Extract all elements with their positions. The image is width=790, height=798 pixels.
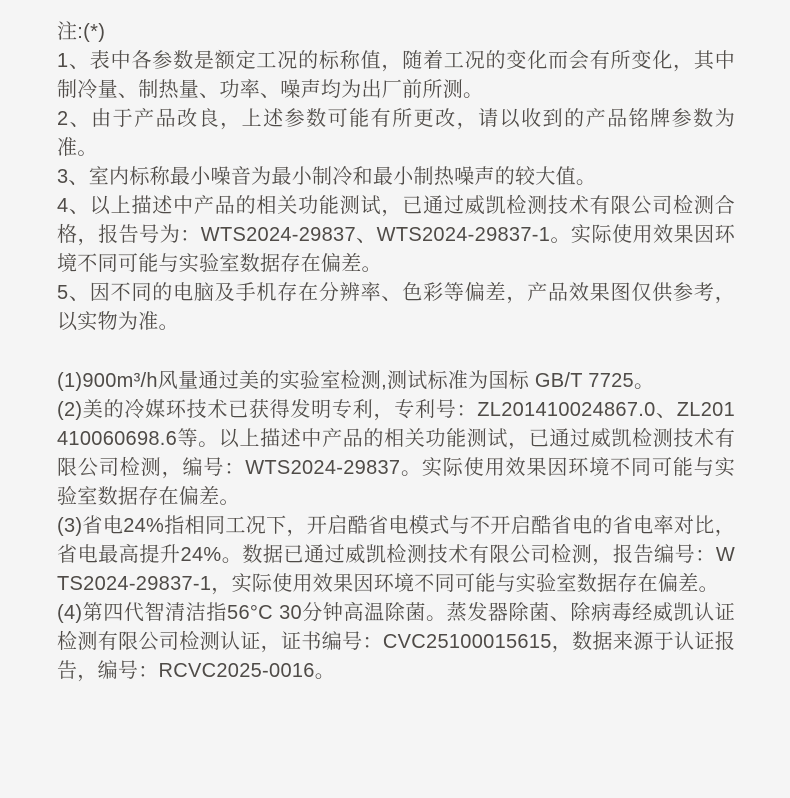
note-item-2: 2、由于产品改良，上述参数可能有所更改，请以收到的产品铭牌参数为准。 bbox=[57, 105, 735, 163]
footnote-item-1: (1)900m³/h风量通过美的实验室检测,测试标准为国标 GB/T 7725。 bbox=[57, 367, 735, 396]
note-item-3: 3、室内标称最小噪音为最小制冷和最小制热噪声的较大值。 bbox=[57, 163, 735, 192]
notes-section: 注:(*) 1、表中各参数是额定工况的标称值，随着工况的变化而会有所变化，其中制… bbox=[57, 18, 735, 337]
footnotes-section: (1)900m³/h风量通过美的实验室检测,测试标准为国标 GB/T 7725。… bbox=[57, 367, 735, 686]
product-notes-page: 注:(*) 1、表中各参数是额定工况的标称值，随着工况的变化而会有所变化，其中制… bbox=[0, 0, 790, 798]
notes-header: 注:(*) bbox=[57, 18, 735, 47]
footnote-item-3: (3)省电24%指相同工况下，开启酷省电模式与不开启酷省电的省电率对比，省电最高… bbox=[57, 512, 735, 599]
note-item-5: 5、因不同的电脑及手机存在分辨率、色彩等偏差，产品效果图仅供参考，以实物为准。 bbox=[57, 279, 735, 337]
note-item-1: 1、表中各参数是额定工况的标称值，随着工况的变化而会有所变化，其中制冷量、制热量… bbox=[57, 47, 735, 105]
footnote-item-4: (4)第四代智清洁指56°C 30分钟高温除菌。蒸发器除菌、除病毒经威凯认证检测… bbox=[57, 599, 735, 686]
note-item-4: 4、以上描述中产品的相关功能测试，已通过威凯检测技术有限公司检测合格，报告号为：… bbox=[57, 192, 735, 279]
footnote-item-2: (2)美的冷媒环技术已获得发明专利，专利号：ZL201410024867.0、Z… bbox=[57, 396, 735, 512]
